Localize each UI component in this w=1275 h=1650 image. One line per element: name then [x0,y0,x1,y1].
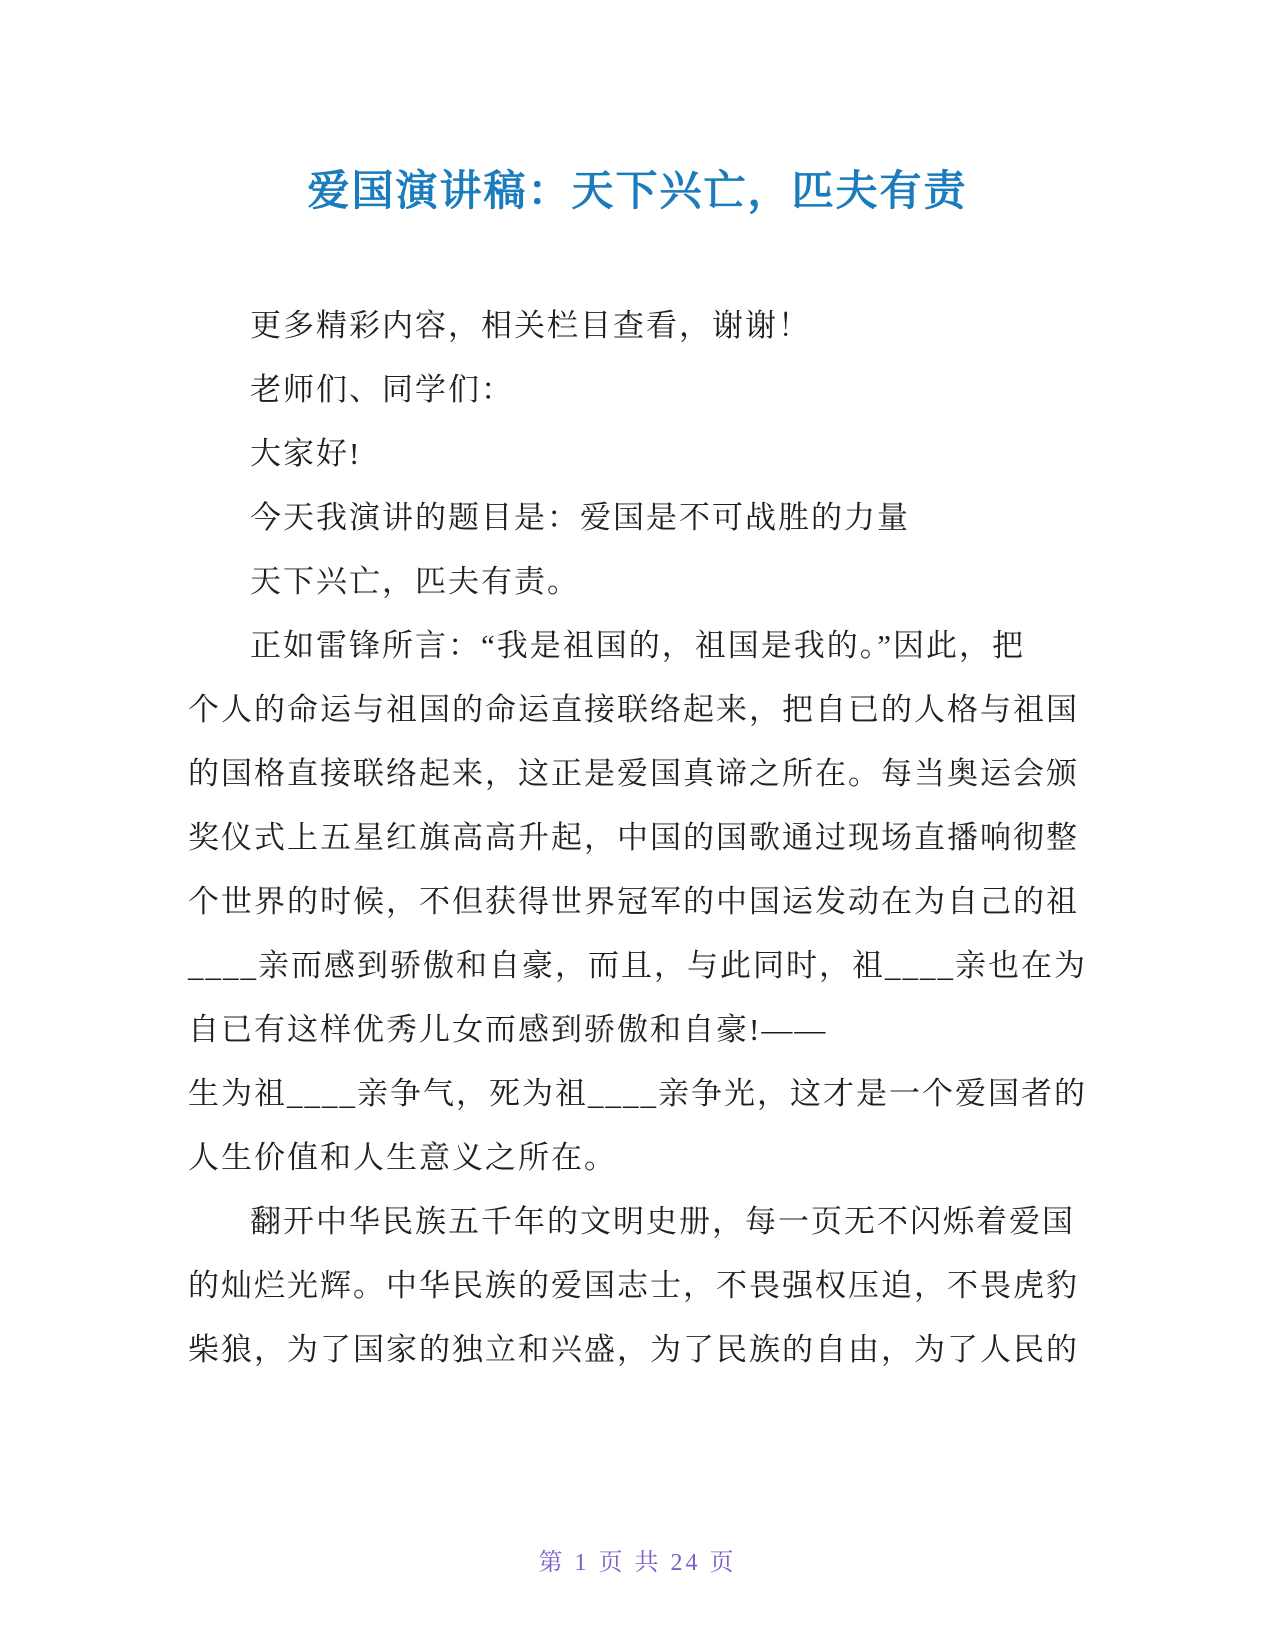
text-line: 自已有这样优秀儿女而感到骄傲和自豪!—— [188,998,1088,1062]
text-line: 的国格直接联络起来，这正是爱国真谛之所在。每当奥运会颁 [188,742,1088,806]
page-number-indicator: 第 1 页 共 24 页 [539,1550,737,1576]
text-line: 人生价值和人生意义之所在。 [188,1126,1088,1190]
document-title: 爱国演讲稿：天下兴亡，匹夫有责 [0,158,1275,218]
text-line: 的灿烂光辉。中华民族的爱国志士，不畏强权压迫，不畏虎豹 [188,1254,1088,1318]
text-line: 个人的命运与祖国的命运直接联络起来，把自已的人格与祖国 [188,678,1088,742]
text-line: 天下兴亡，匹夫有责。 [188,550,1088,614]
document-body: 更多精彩内容，相关栏目查看，谢谢！ 老师们、同学们： 大家好! 今天我演讲的题目… [188,294,1088,1382]
text-line: 正如雷锋所言：“我是祖国的，祖国是我的。”因此，把 [188,614,1088,678]
text-line: 翻开中华民族五千年的文明史册，每一页无不闪烁着爱国 [188,1190,1088,1254]
text-line: ____亲而感到骄傲和自豪，而且，与此同时，祖____亲也在为 [188,934,1088,998]
text-line: 生为祖____亲争气，死为祖____亲争光，这才是一个爱国者的 [188,1062,1088,1126]
document-page: 爱国演讲稿：天下兴亡，匹夫有责 更多精彩内容，相关栏目查看，谢谢！ 老师们、同学… [0,0,1275,1650]
text-line: 今天我演讲的题目是：爱国是不可战胜的力量 [188,486,1088,550]
text-line: 柴狼，为了国家的独立和兴盛，为了民族的自由，为了人民的 [188,1318,1088,1382]
page-footer: 第 1 页 共 24 页 [0,1542,1275,1577]
text-line: 奖仪式上五星红旗高高升起，中国的国歌通过现场直播响彻整 [188,806,1088,870]
text-line: 个世界的时候，不但获得世界冠军的中国运发动在为自己的祖 [188,870,1088,934]
text-line: 老师们、同学们： [188,358,1088,422]
text-line: 大家好! [188,422,1088,486]
text-line: 更多精彩内容，相关栏目查看，谢谢！ [188,294,1088,358]
